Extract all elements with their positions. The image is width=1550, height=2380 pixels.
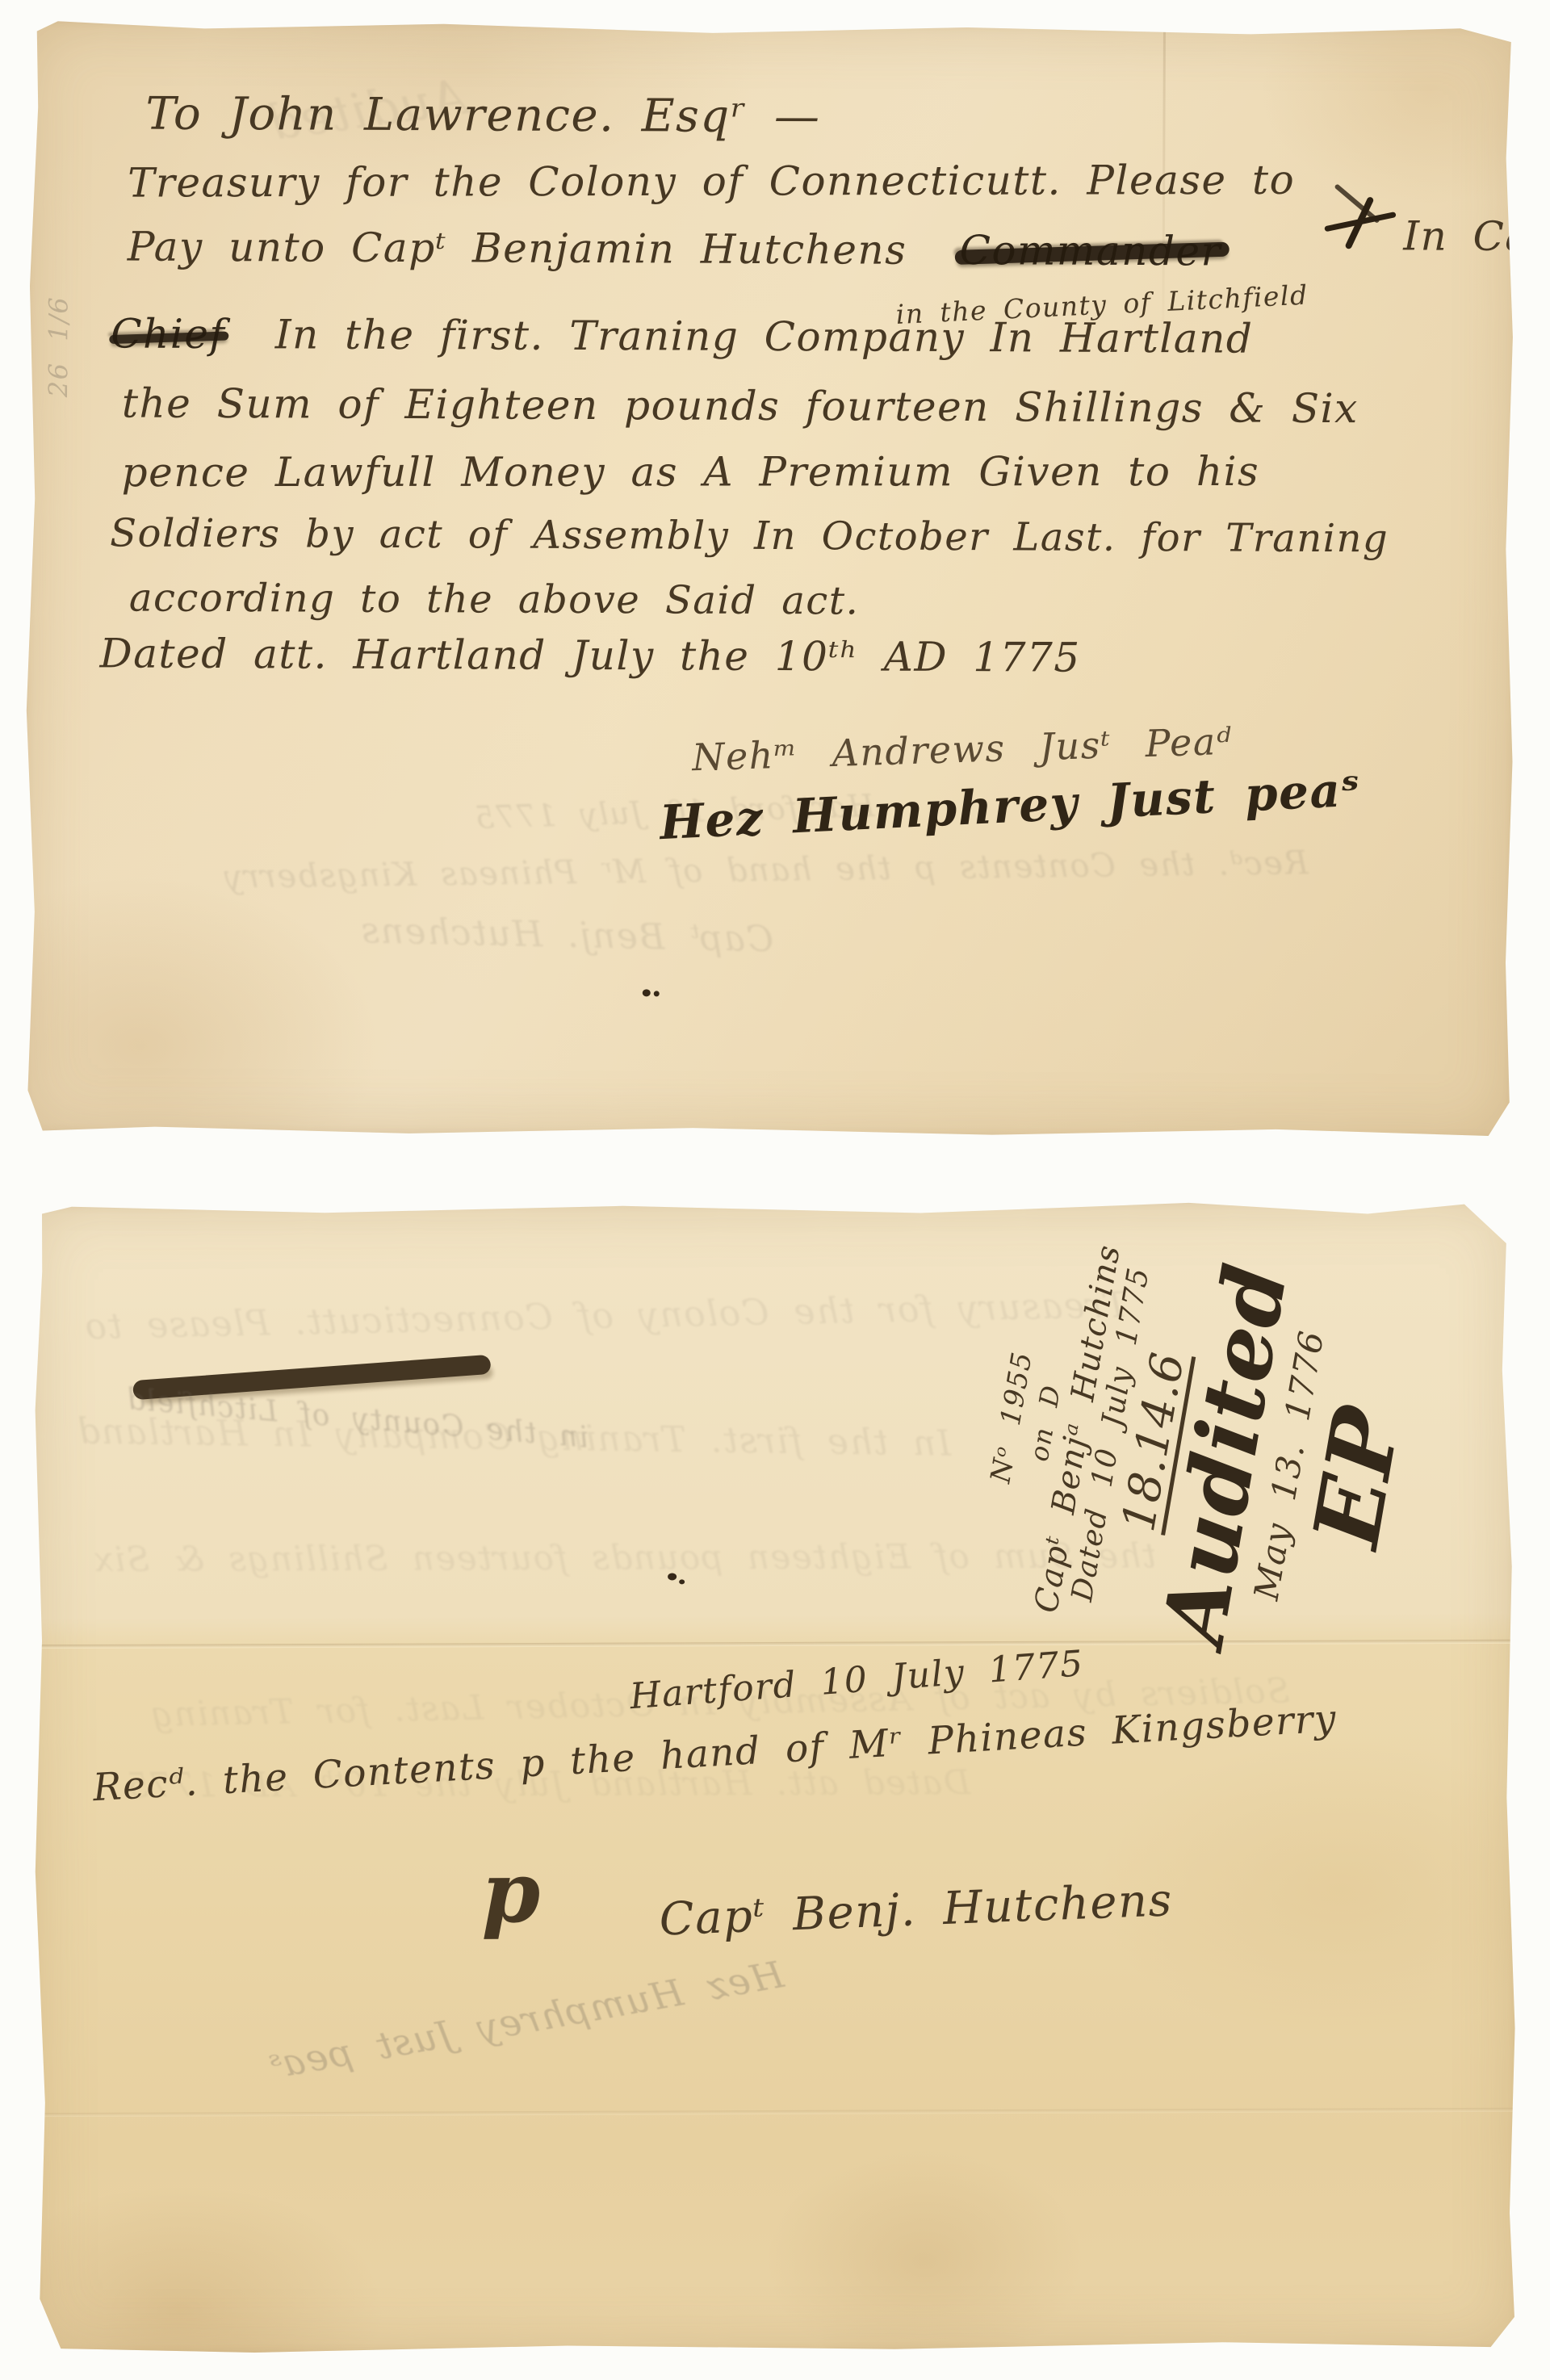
body-line-6: pence Lawfull Money as A Premium Given t… [122, 450, 1260, 495]
body-line-3-tail: In Capᵗ [1403, 214, 1550, 259]
ink-scribble [1324, 195, 1397, 251]
payee-signature: Capᵗ Benj. Hutchens [659, 1875, 1174, 1945]
dateline: Dated att. Hartland July the 10ᵗʰ AD 177… [99, 631, 1080, 680]
body-line-8: according to the above Said act. [129, 577, 860, 623]
body-line-2: Treasury for the Colony of Connecticutt.… [128, 158, 1295, 206]
address-line: To John Lawrence. Esqʳ — [145, 90, 820, 142]
bleedthrough-text: Capᵗ Benj. Hutchens [360, 911, 774, 960]
bleedthrough-signature: Hez Humphrey Just peaˢ [265, 1954, 787, 2087]
per-mark: p [481, 1846, 542, 1939]
body-line-4: Chief In the first. Traning Company In H… [111, 312, 1253, 361]
body-line-3-text: Pay unto Capᵗ Benjamin Hutchens [128, 224, 907, 274]
manuscript-front-page: Recᵈ. the Contents p the hand of Mʳ Phin… [20, 18, 1520, 1142]
ink-dot [654, 991, 660, 996]
bleedthrough-text: Treasury for the Colony of Connecticutt.… [84, 1286, 1129, 1347]
justice-signature-andrews: Nehᵐ Andrews Jusᵗ Peaᵈ [691, 721, 1233, 778]
margin-pencil-note: 26 1/6 [44, 296, 73, 398]
endorsement-block: Nᵒ 1955 on D Capᵗ Benjᵃ Hutchins Dated 1… [959, 1192, 1445, 1707]
ink-dot [679, 1579, 685, 1584]
fold-crease [30, 2108, 1519, 2117]
manuscript-back-page: Treasury for the Colony of Connecticutt.… [27, 1197, 1521, 2357]
bleedthrough-text: Recᵈ. the Contents p the hand of Mʳ Phin… [223, 845, 1309, 895]
body-line-7: Soldiers by act of Assembly In October L… [110, 512, 1389, 560]
ink-dot [643, 989, 651, 996]
struck-word-commander: Commander [960, 227, 1221, 274]
body-line-5: the Sum of Eighteen pounds fourteen Shil… [122, 381, 1359, 431]
scan-background: Recᵈ. the Contents p the hand of Mʳ Phin… [0, 0, 1550, 2380]
body-line-3: Pay unto Capᵗ Benjamin Hutchens Commande… [128, 225, 1221, 274]
body-line-4-text: In the first. Traning Company In Hartlan… [275, 311, 1254, 362]
struck-word-chief: Chief [111, 310, 225, 358]
ink-dot [668, 1573, 677, 1580]
